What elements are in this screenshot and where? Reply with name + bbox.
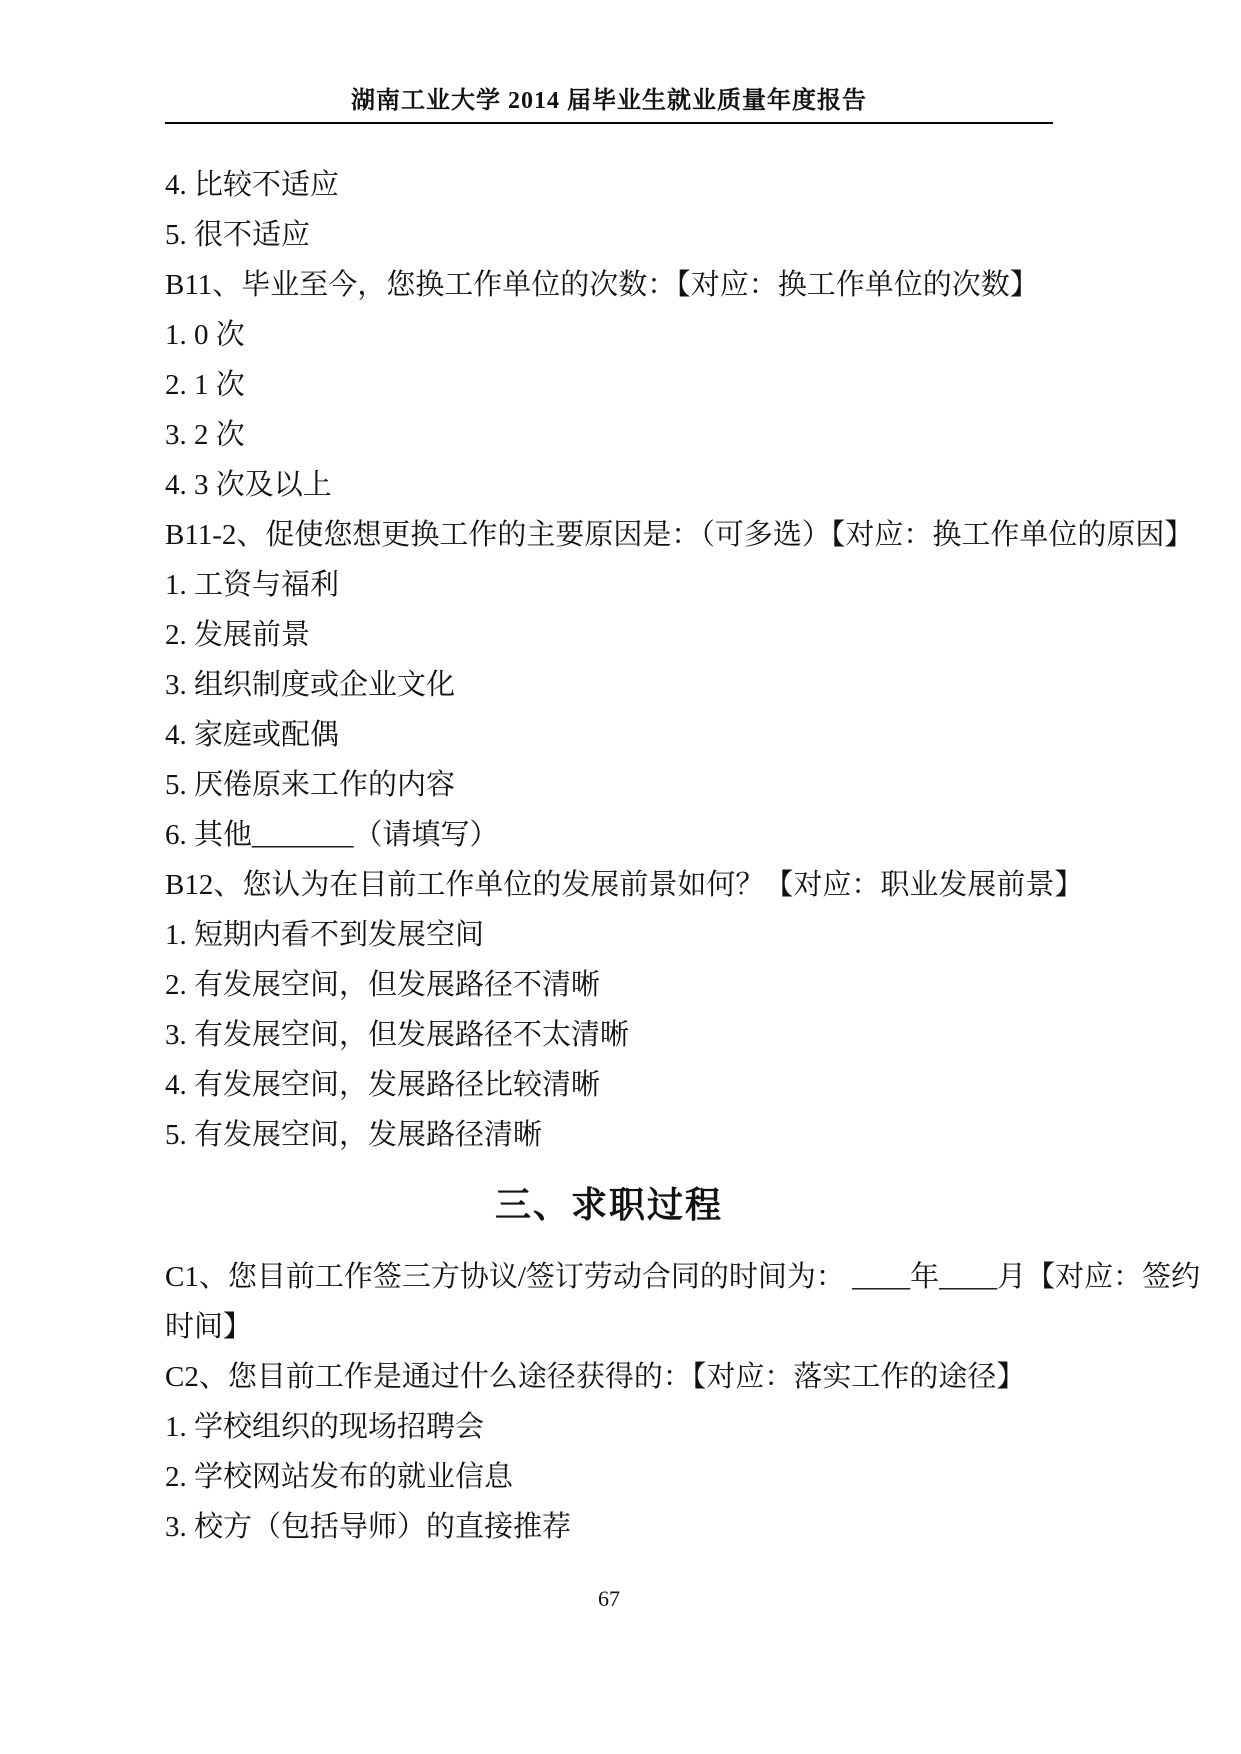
- option-line: 5. 很不适应: [165, 210, 1053, 260]
- option-line: 3. 有发展空间，但发展路径不太清晰: [165, 1010, 1053, 1060]
- option-line: 2. 学校网站发布的就业信息: [165, 1452, 1053, 1502]
- option-line: 2. 有发展空间，但发展路径不清晰: [165, 960, 1053, 1010]
- question-line: B11、毕业至今，您换工作单位的次数：【对应：换工作单位的次数】: [165, 260, 1053, 310]
- option-line: 4. 有发展空间，发展路径比较清晰: [165, 1060, 1053, 1110]
- question-continuation-line: 时间】: [165, 1302, 1053, 1352]
- question-line: C1、您目前工作签三方协议/签订劳动合同的时间为： ____年____月【对应：…: [165, 1252, 1053, 1302]
- option-line: 4. 家庭或配偶: [165, 710, 1053, 760]
- option-line: 3. 2 次: [165, 410, 1053, 460]
- option-line: 5. 有发展空间，发展路径清晰: [165, 1110, 1053, 1160]
- option-line: 1. 学校组织的现场招聘会: [165, 1402, 1053, 1452]
- question-line: B11-2、促使您想更换工作的主要原因是：（可多选）【对应：换工作单位的原因】: [165, 510, 1053, 560]
- document-page: 湖南工业大学 2014 届毕业生就业质量年度报告 4. 比较不适应 5. 很不适…: [0, 0, 1241, 1754]
- question-line: C2、您目前工作是通过什么途径获得的：【对应：落实工作的途径】: [165, 1352, 1053, 1402]
- option-line-fill-blank: 6. 其他_______（请填写）: [165, 810, 1053, 860]
- option-line: 4. 比较不适应: [165, 160, 1053, 210]
- option-line: 1. 短期内看不到发展空间: [165, 910, 1053, 960]
- option-line: 2. 1 次: [165, 360, 1053, 410]
- option-line: 3. 组织制度或企业文化: [165, 660, 1053, 710]
- page-number: 67: [165, 1584, 1053, 1614]
- option-line: 1. 0 次: [165, 310, 1053, 360]
- option-line: 1. 工资与福利: [165, 560, 1053, 610]
- option-line: 3. 校方（包括导师）的直接推荐: [165, 1502, 1053, 1552]
- section-heading: 三、求职过程: [165, 1174, 1053, 1236]
- page-header-title: 湖南工业大学 2014 届毕业生就业质量年度报告: [165, 80, 1053, 115]
- option-line: 4. 3 次及以上: [165, 460, 1053, 510]
- question-line: B12、您认为在目前工作单位的发展前景如何？【对应：职业发展前景】: [165, 860, 1053, 910]
- document-body: 4. 比较不适应 5. 很不适应 B11、毕业至今，您换工作单位的次数：【对应：…: [165, 160, 1053, 1552]
- option-line: 2. 发展前景: [165, 610, 1053, 660]
- header-divider-rule: [165, 122, 1053, 124]
- option-line: 5. 厌倦原来工作的内容: [165, 760, 1053, 810]
